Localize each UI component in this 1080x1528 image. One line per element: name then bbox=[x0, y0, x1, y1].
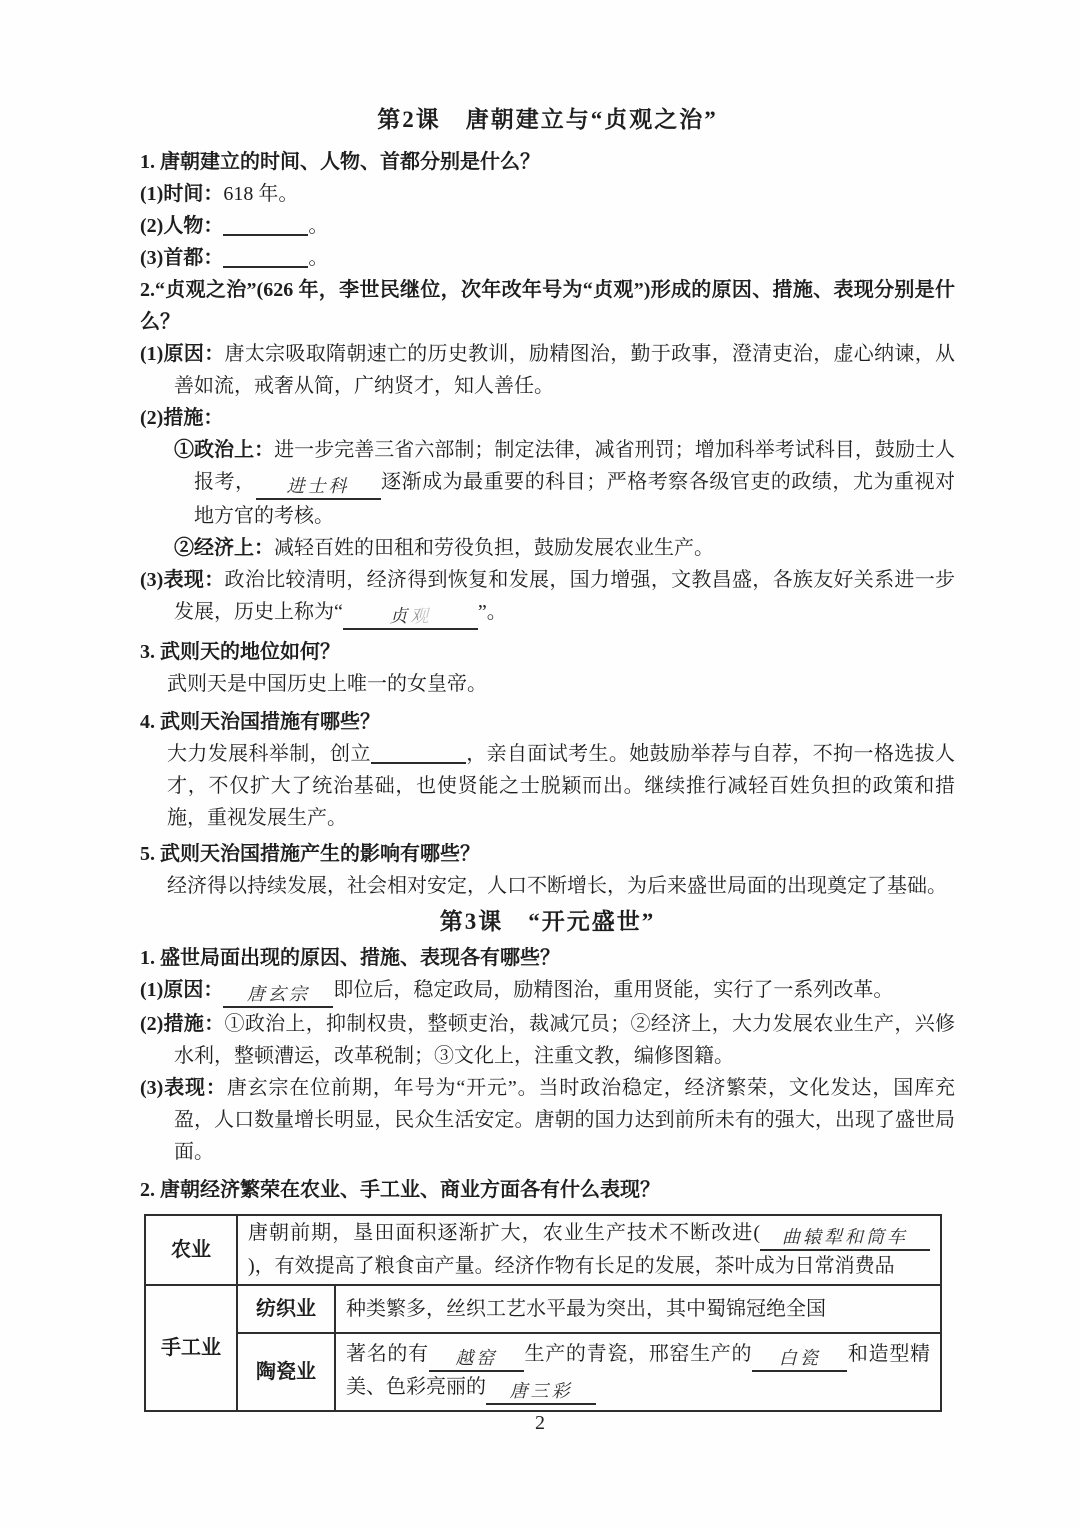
lesson2-measure-politics: ①政治上：进一步完善三省六部制；制定法律，减省刑罚；增加科举考试科目，鼓励士人报… bbox=[174, 434, 955, 532]
handwritten-tangxuanzong: 唐玄宗 bbox=[247, 984, 310, 1004]
label-reason-l3: (1)原因： bbox=[140, 979, 223, 1001]
handwritten-ploughs: 曲辕犁和筒车 bbox=[782, 1227, 908, 1247]
lesson3-question-1: 1. 盛世局面出现的原因、措施、表现各有哪些？ bbox=[140, 942, 955, 974]
blank-dianshi bbox=[371, 738, 466, 764]
label-performance-l3: (3)表现： bbox=[140, 1077, 227, 1099]
label-reason: (1)原因： bbox=[140, 343, 225, 365]
blank-ploughs: 曲辕犁和筒车 bbox=[760, 1225, 930, 1251]
handwritten-tangsancai: 唐三彩 bbox=[510, 1381, 573, 1401]
lesson2-q1-time: (1)时间：618 年。 bbox=[140, 178, 955, 210]
ceramics-label: 陶瓷业 bbox=[237, 1333, 335, 1411]
handicraft-label: 手工业 bbox=[145, 1285, 237, 1411]
lesson2-question-5: 5. 武则天治国措施产生的影响有哪些？ bbox=[140, 838, 955, 870]
blank-person bbox=[223, 210, 308, 236]
handwritten-zhenguan: 贞观 bbox=[389, 606, 431, 626]
lesson2-question-4: 4. 武则天治国措施有哪些？ bbox=[140, 706, 955, 738]
handwritten-jinshike: 进士科 bbox=[287, 476, 350, 496]
blank-tangxuanzong: 唐玄宗 bbox=[223, 982, 333, 1008]
lesson2-q4-answer: 大力发展科举制，创立，亲自面试考生。她鼓励举荐与自荐，不拘一格选拔人才，不仅扩大… bbox=[167, 738, 955, 834]
economy-table: 农业 唐朝前期，垦田面积逐渐扩大，农业生产技术不断改进(曲辕犁和筒车)，有效提高… bbox=[144, 1214, 942, 1412]
agriculture-text-1: 唐朝前期，垦田面积逐渐扩大，农业生产技术不断改进( bbox=[248, 1222, 760, 1244]
handwritten-yueyao: 越窑 bbox=[455, 1348, 497, 1368]
lesson2-q2-measures-label: (2)措施： bbox=[140, 402, 955, 434]
blank-baici: 白瓷 bbox=[752, 1346, 847, 1372]
lesson2-q2-reason: (1)原因：唐太宗吸取隋朝速亡的历史教训，励精图治，勤于政事，澄清吏治，虚心纳谏… bbox=[140, 338, 955, 402]
lesson2-q1-person: (2)人物：。 bbox=[140, 210, 955, 242]
lesson2-question-2: 2.“贞观之治”(626 年，李世民继位，次年改年号为“贞观”)形成的原因、措施… bbox=[140, 274, 955, 338]
textile-cell: 种类繁多，丝织工艺水平最为突出，其中蜀锦冠绝全国 bbox=[335, 1285, 941, 1333]
lesson2-question-1: 1. 唐朝建立的时间、人物、首都分别是什么？ bbox=[140, 146, 955, 178]
lesson2-q1-capital: (3)首都：。 bbox=[140, 242, 955, 274]
blank-tangsancai: 唐三彩 bbox=[486, 1379, 596, 1405]
label-economy: ②经济上： bbox=[174, 537, 274, 559]
label-time: (1)时间： bbox=[140, 183, 223, 205]
lesson3-q1-reason: (1)原因：唐玄宗即位后，稳定政局，励精图治，重用贤能，实行了一系列改革。 bbox=[140, 974, 955, 1008]
table-row-agriculture: 农业 唐朝前期，垦田面积逐渐扩大，农业生产技术不断改进(曲辕犁和筒车)，有效提高… bbox=[145, 1215, 941, 1285]
label-performance: (3)表现： bbox=[140, 569, 225, 591]
agriculture-text-2: )，有效提高了粮食亩产量。经济作物有长足的发展，茶叶成为日常消费品 bbox=[248, 1255, 895, 1277]
scanned-worksheet-page: 第2课 唐朝建立与“贞观之治” 1. 唐朝建立的时间、人物、首都分别是什么？ (… bbox=[0, 0, 1080, 1528]
lesson3-q1-performance: (3)表现：唐玄宗在位前期，年号为“开元”。当时政治稳定，经济繁荣，文化发达，国… bbox=[140, 1072, 955, 1168]
value-time: 618 年。 bbox=[223, 183, 298, 205]
lesson2-question-3: 3. 武则天的地位如何？ bbox=[140, 636, 955, 668]
ceramics-text-1: 著名的有 bbox=[346, 1343, 429, 1365]
q4-answer-text-1: 大力发展科举制，创立 bbox=[167, 743, 371, 765]
label-measures: (2)措施： bbox=[140, 407, 223, 429]
textile-label: 纺织业 bbox=[237, 1285, 335, 1333]
lesson3-q1-measures: (2)措施：①政治上，抑制权贵，整顿吏治，裁减冗员；②经济上，大力发展农业生产，… bbox=[140, 1008, 955, 1072]
ceramics-cell: 著名的有越窑生产的青瓷，邢窑生产的白瓷和造型精美、色彩亮丽的唐三彩 bbox=[335, 1333, 941, 1411]
performance-text-2: ”。 bbox=[478, 601, 507, 623]
page-content: 第2课 唐朝建立与“贞观之治” 1. 唐朝建立的时间、人物、首都分别是什么？ (… bbox=[140, 100, 955, 1412]
performance-text-l3: 唐玄宗在位前期，年号为“开元”。当时政治稳定，经济繁荣，文化发达，国库充盈，人口… bbox=[174, 1077, 955, 1163]
agriculture-cell: 唐朝前期，垦田面积逐渐扩大，农业生产技术不断改进(曲辕犁和筒车)，有效提高了粮食… bbox=[237, 1215, 941, 1285]
label-measures-l3: (2)措施： bbox=[140, 1013, 225, 1035]
agriculture-label: 农业 bbox=[145, 1215, 237, 1285]
table-row-ceramics: 陶瓷业 著名的有越窑生产的青瓷，邢窑生产的白瓷和造型精美、色彩亮丽的唐三彩 bbox=[145, 1333, 941, 1411]
table-row-textile: 手工业 纺织业 种类繁多，丝织工艺水平最为突出，其中蜀锦冠绝全国 bbox=[145, 1285, 941, 1333]
lesson2-q3-answer: 武则天是中国历史上唯一的女皇帝。 bbox=[167, 668, 955, 700]
page-number: 2 bbox=[0, 1412, 1080, 1435]
reason-text-l3: 即位后，稳定政局，励精图治，重用贤能，实行了一系列改革。 bbox=[333, 979, 893, 1001]
ceramics-text-2: 生产的青瓷，邢窑生产的 bbox=[524, 1343, 752, 1365]
blank-yueyao: 越窑 bbox=[429, 1346, 524, 1372]
label-politics: ①政治上： bbox=[174, 439, 274, 461]
label-capital: (3)首都： bbox=[140, 247, 223, 269]
lesson2-title: 第2课 唐朝建立与“贞观之治” bbox=[140, 100, 955, 140]
economy-text: 减轻百姓的田租和劳役负担，鼓励发展农业生产。 bbox=[274, 537, 714, 559]
person-suffix: 。 bbox=[308, 215, 328, 237]
lesson2-q5-answer: 经济得以持续发展，社会相对安定，人口不断增长，为后来盛世局面的出现奠定了基础。 bbox=[167, 870, 955, 902]
lesson3-title: 第3课 “开元盛世” bbox=[140, 902, 955, 942]
blank-capital bbox=[223, 242, 308, 268]
blank-zhenguan: 贞观 bbox=[343, 604, 478, 630]
measures-text-l3: ①政治上，抑制权贵，整顿吏治，裁减冗员；②经济上，大力发展农业生产，兴修水利，整… bbox=[174, 1013, 955, 1067]
handwritten-baici: 白瓷 bbox=[779, 1348, 821, 1368]
lesson2-q2-performance: (3)表现：政治比较清明，经济得到恢复和发展，国力增强，文教昌盛，各族友好关系进… bbox=[140, 564, 955, 630]
label-person: (2)人物： bbox=[140, 215, 223, 237]
lesson2-measure-economy: ②经济上：减轻百姓的田租和劳役负担，鼓励发展农业生产。 bbox=[174, 532, 955, 564]
capital-suffix: 。 bbox=[308, 247, 328, 269]
lesson3-question-2: 2. 唐朝经济繁荣在农业、手工业、商业方面各有什么表现？ bbox=[140, 1174, 955, 1206]
performance-text-1: 政治比较清明，经济得到恢复和发展，国力增强，文教昌盛，各族友好关系进一步发展，历… bbox=[174, 569, 955, 623]
blank-jinshike: 进士科 bbox=[256, 474, 381, 500]
reason-text: 唐太宗吸取隋朝速亡的历史教训，励精图治，勤于政事，澄清吏治，虚心纳谏，从善如流，… bbox=[174, 343, 955, 397]
